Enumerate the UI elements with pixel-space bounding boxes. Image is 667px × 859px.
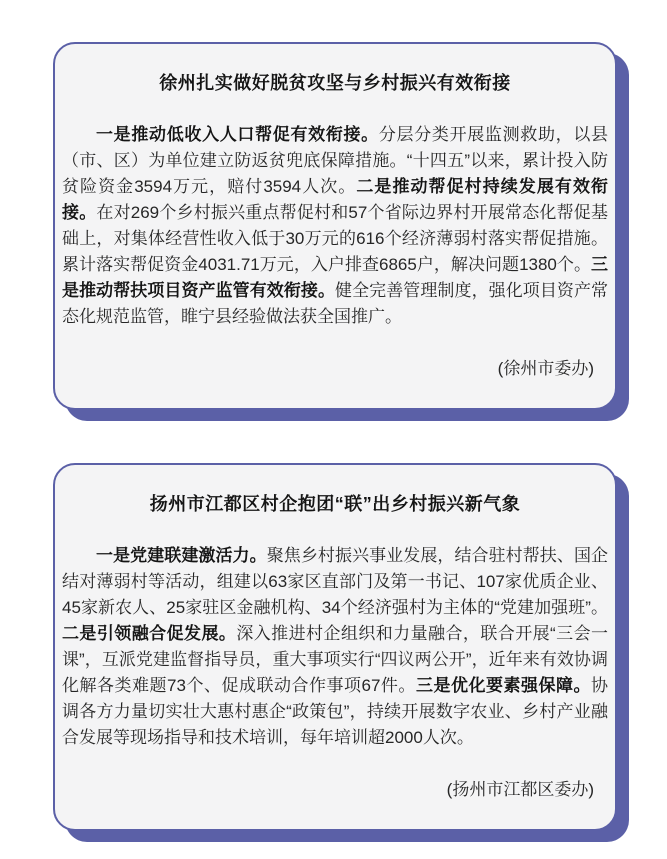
card-body-xuzhou: 一是推动低收入人口帮促有效衔接。分层分类开展监测救助，以县（市、区）为单位建立防… <box>62 122 608 330</box>
news-card-xuzhou: 徐州扎实做好脱贫攻坚与乡村振兴有效衔接 一是推动低收入人口帮促有效衔接。分层分类… <box>53 42 617 410</box>
card-title-yangzhou: 扬州市江都区村企抱团“联”出乡村振兴新气象 <box>62 491 608 517</box>
card-title-xuzhou: 徐州扎实做好脱贫攻坚与乡村振兴有效衔接 <box>62 70 608 96</box>
paragraph-lead-in: 三是优化要素强保障。 <box>416 676 591 695</box>
document-page: 徐州扎实做好脱贫攻坚与乡村振兴有效衔接 一是推动低收入人口帮促有效衔接。分层分类… <box>0 0 667 859</box>
card-body-yangzhou: 一是党建联建激活力。聚焦乡村振兴事业发展，结合驻村帮扶、国企结对薄弱村等活动，组… <box>62 543 608 751</box>
paragraph-lead-in: 一是推动低收入人口帮促有效衔接。 <box>96 125 379 144</box>
card-signature-yangzhou: (扬州市江都区委办) <box>62 777 594 803</box>
paragraph-lead-in: 一是党建联建激活力。 <box>96 546 267 565</box>
card-signature-xuzhou: (徐州市委办) <box>62 356 594 382</box>
paragraph-text: 在对269个乡村振兴重点帮促村和57个省际边界村开展常态化帮促基础上，对集体经营… <box>62 203 608 274</box>
paragraph-lead-in: 二是引领融合促发展。 <box>62 624 236 643</box>
news-card-yangzhou: 扬州市江都区村企抱团“联”出乡村振兴新气象 一是党建联建激活力。聚焦乡村振兴事业… <box>53 463 617 831</box>
